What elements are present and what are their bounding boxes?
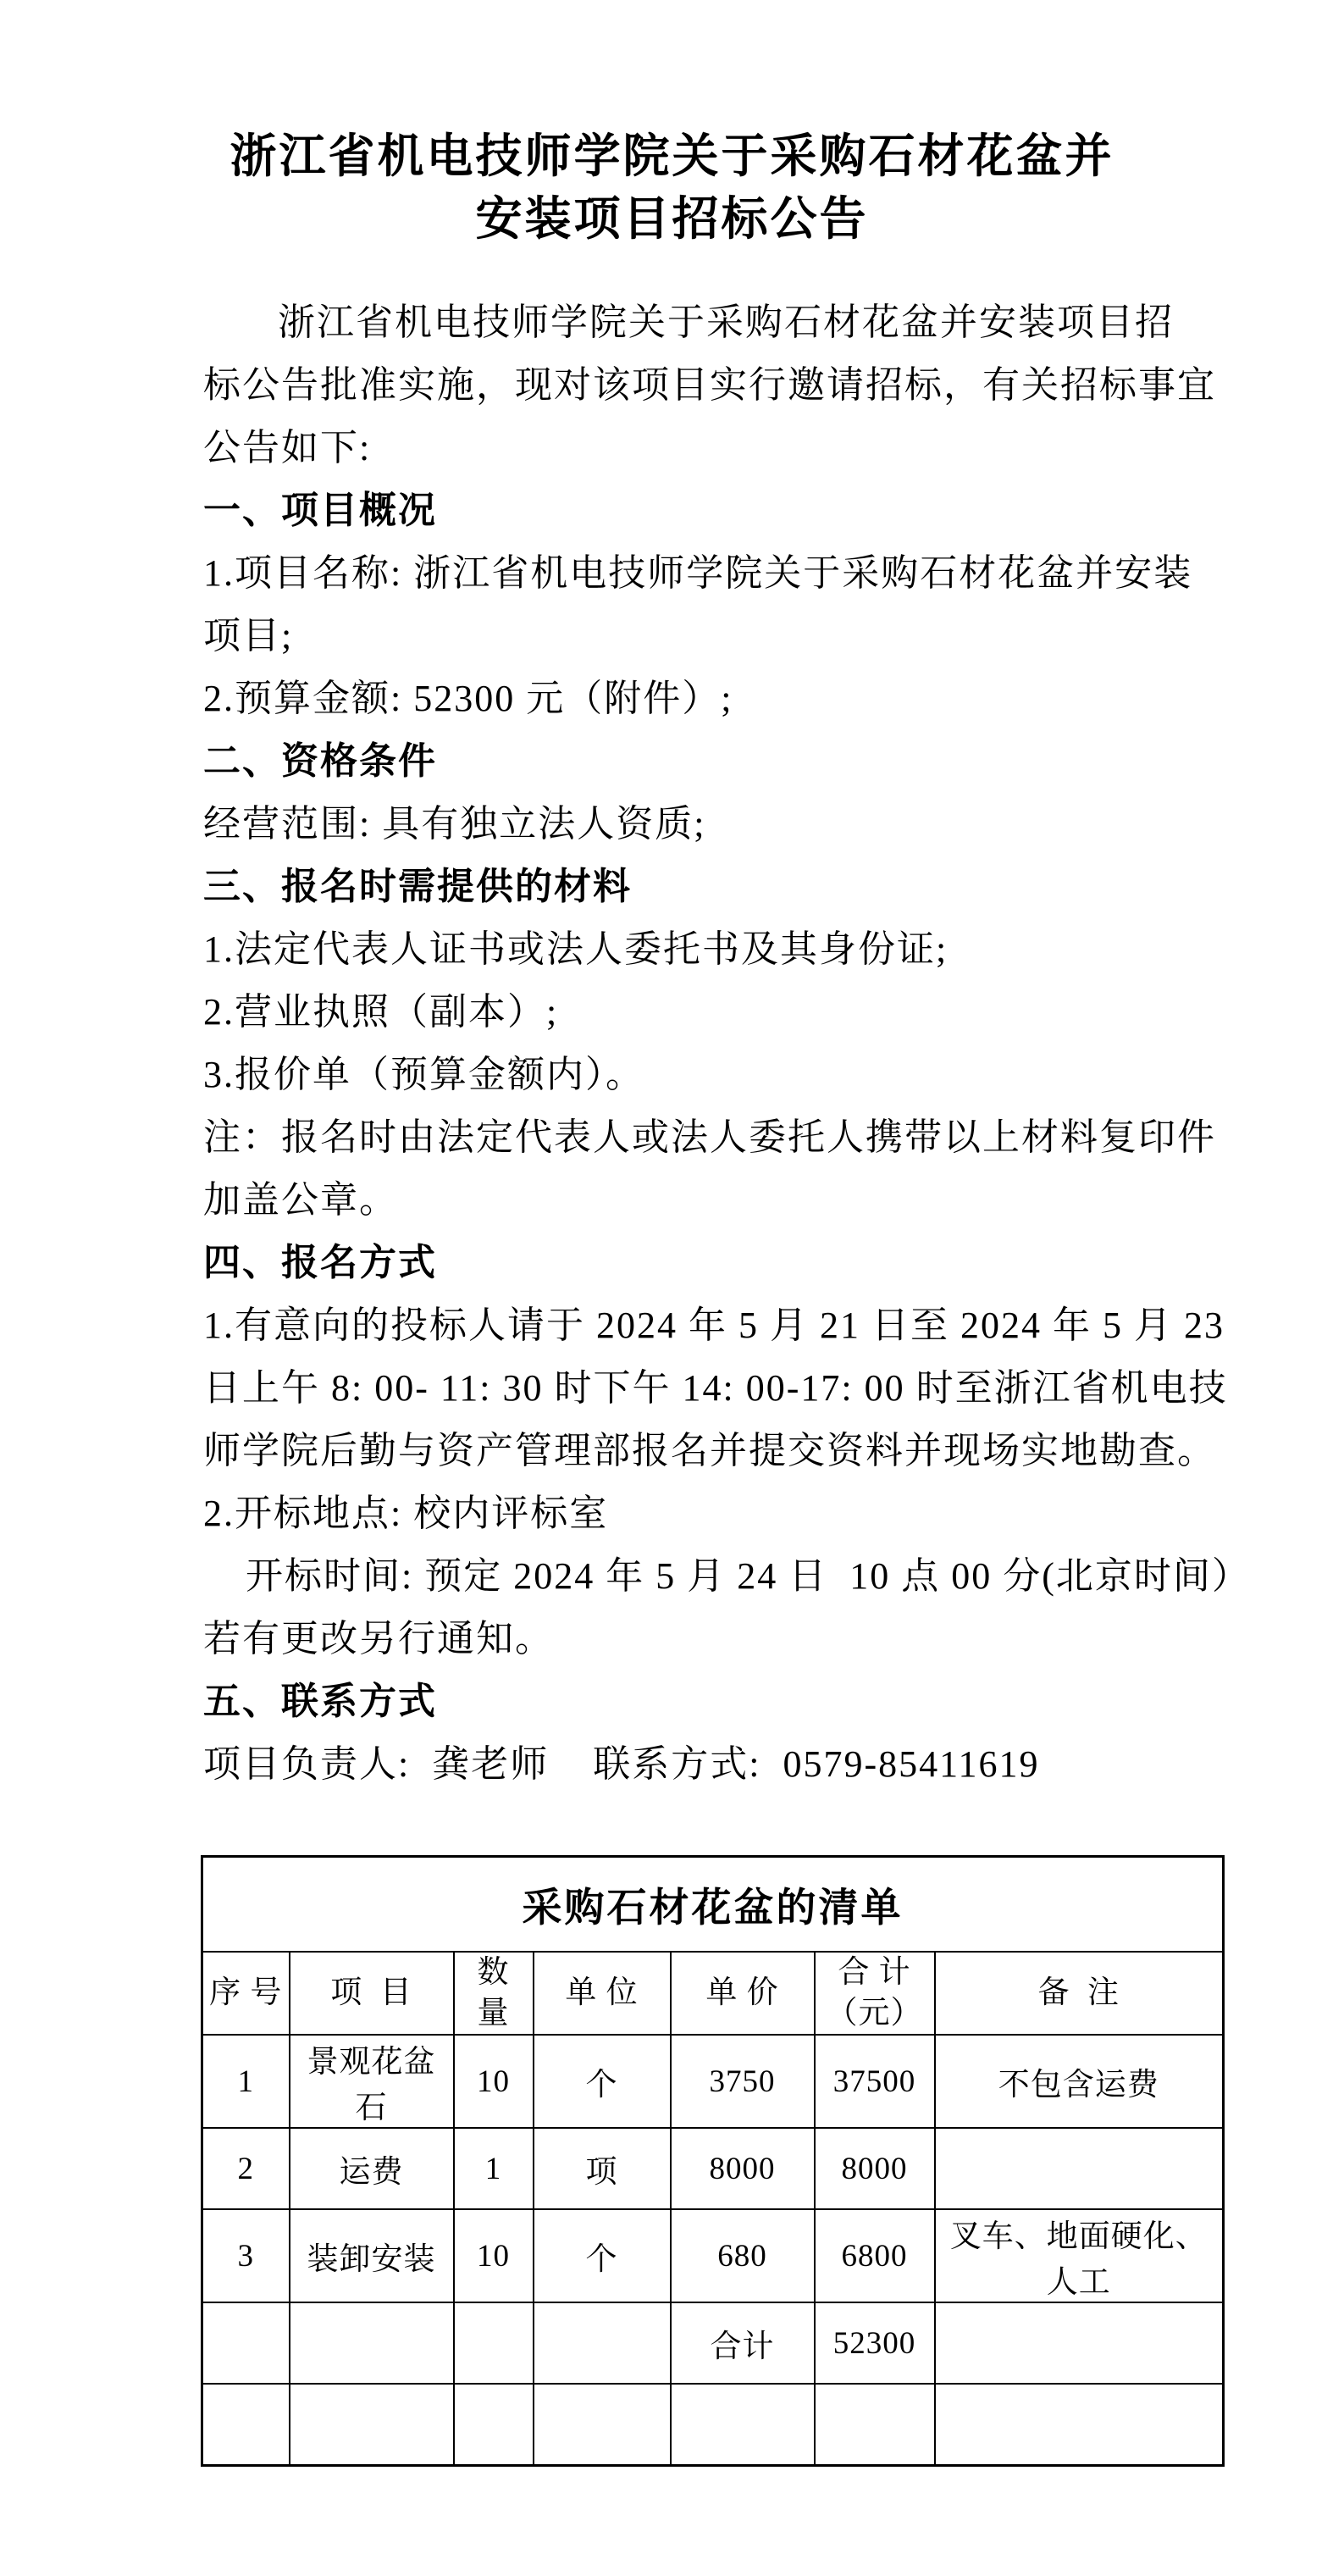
- table-cell: [454, 2384, 534, 2466]
- text-line: 1.法定代表人证书或法人委托书及其身份证;: [203, 918, 1232, 981]
- table-total-row: 合计 52300: [202, 2302, 1224, 2384]
- table-row: 2 运费 1 项 8000 8000: [202, 2128, 1224, 2209]
- table-cell: [454, 2302, 534, 2384]
- table-cell: 项: [534, 2128, 671, 2209]
- header-cell-item: 项 目: [290, 1952, 454, 2035]
- procurement-table: 采购石材花盆的清单 序 号 项 目 数 量 单 位 单 价 合 计 （元） 备 …: [201, 1855, 1225, 2467]
- table-cell: 不包含运费: [935, 2035, 1224, 2128]
- table-cell: [671, 2384, 815, 2466]
- table-cell: 680: [671, 2209, 815, 2302]
- table-cell: 8000: [671, 2128, 815, 2209]
- table-cell: 6800: [815, 2209, 935, 2302]
- text-line: 注：报名时由法定代表人或法人委托人携带以上材料复印件: [203, 1106, 1232, 1169]
- table-cell: [534, 2384, 671, 2466]
- text-line: 日上午 8: 00- 11: 30 时下午 14: 00-17: 00 时至浙江…: [203, 1357, 1232, 1420]
- table-row: 1 景观花盆石 10 个 3750 37500 不包含运费: [202, 2035, 1224, 2128]
- text-line: 2.营业执照（副本）;: [203, 981, 1232, 1044]
- contact-line: 项目负责人: 龚老师 联系方式: 0579-85411619: [203, 1733, 1232, 1796]
- text-line: 公告如下:: [203, 417, 1232, 479]
- table-header-row: 序 号 项 目 数 量 单 位 单 价 合 计 （元） 备 注: [202, 1952, 1224, 2035]
- document-body: 浙江省机电技师学院关于采购石材花盆并安装项目招 标公告批准实施，现对该项目实行邀…: [203, 291, 1232, 1796]
- text-line: 开标时间: 预定 2024 年 5 月 24 日 10 点 00 分(北京时间）: [203, 1545, 1232, 1608]
- table-cell: 37500: [815, 2035, 935, 2128]
- text-line: 3.报价单（预算金额内）。: [203, 1044, 1232, 1106]
- table-cell: [202, 2384, 290, 2466]
- table-title: 采购石材花盆的清单: [202, 1857, 1224, 1953]
- procurement-list-table: 采购石材花盆的清单 序 号 项 目 数 量 单 位 单 价 合 计 （元） 备 …: [201, 1855, 1225, 2467]
- text-line: 若有更改另行通知。: [203, 1608, 1232, 1670]
- table-cell: 8000: [815, 2128, 935, 2209]
- table-row: 3 装卸安装 10 个 680 6800 叉车、地面硬化、人工: [202, 2209, 1224, 2302]
- total-label-cell: 合计: [671, 2302, 815, 2384]
- table-empty-row: [202, 2384, 1224, 2466]
- table-cell: 景观花盆石: [290, 2035, 454, 2128]
- text-line: 1.有意向的投标人请于 2024 年 5 月 21 日至 2024 年 5 月 …: [203, 1294, 1232, 1357]
- section-heading-4: 四、报名方式: [203, 1232, 1232, 1294]
- text-line: 项目;: [203, 605, 1232, 668]
- text-line: 2.开标地点: 校内评标室: [203, 1482, 1232, 1545]
- table-cell: [290, 2384, 454, 2466]
- table-cell: 叉车、地面硬化、人工: [935, 2209, 1224, 2302]
- document-title-line-2: 安装项目招标公告: [0, 188, 1344, 251]
- header-cell-remark: 备 注: [935, 1952, 1224, 2035]
- table-cell: [935, 2384, 1224, 2466]
- header-cell-index: 序 号: [202, 1952, 290, 2035]
- table-cell: 3750: [671, 2035, 815, 2128]
- table-cell: 运费: [290, 2128, 454, 2209]
- table-cell: 1: [202, 2035, 290, 2128]
- header-cell-price: 单 价: [671, 1952, 815, 2035]
- table-cell: 2: [202, 2128, 290, 2209]
- table-cell: [935, 2302, 1224, 2384]
- table-cell: [534, 2302, 671, 2384]
- document-title: 浙江省机电技师学院关于采购石材花盆并 安装项目招标公告: [0, 125, 1344, 251]
- text-line: 2.预算金额: 52300 元（附件）;: [203, 668, 1232, 730]
- table-cell: [935, 2128, 1224, 2209]
- table-cell: 装卸安装: [290, 2209, 454, 2302]
- table-cell: 个: [534, 2035, 671, 2128]
- text-line: 师学院后勤与资产管理部报名并提交资料并现场实地勘查。: [203, 1420, 1232, 1482]
- table-cell: 个: [534, 2209, 671, 2302]
- section-heading-2: 二、资格条件: [203, 730, 1232, 793]
- table-cell: 10: [454, 2035, 534, 2128]
- text-line: 标公告批准实施，现对该项目实行邀请招标，有关招标事宜: [203, 354, 1232, 417]
- section-heading-1: 一、项目概况: [203, 479, 1232, 542]
- section-heading-5: 五、联系方式: [203, 1670, 1232, 1733]
- header-cell-quantity: 数 量: [454, 1952, 534, 2035]
- table-cell: [290, 2302, 454, 2384]
- section-heading-3: 三、报名时需提供的材料: [203, 856, 1232, 918]
- header-cell-unit: 单 位: [534, 1952, 671, 2035]
- document-title-line-1: 浙江省机电技师学院关于采购石材花盆并: [0, 125, 1344, 188]
- table-cell: 10: [454, 2209, 534, 2302]
- text-line: 加盖公章。: [203, 1169, 1232, 1232]
- text-line: 经营范围: 具有独立法人资质;: [203, 793, 1232, 856]
- table-cell: [815, 2384, 935, 2466]
- document-page: 浙江省机电技师学院关于采购石材花盆并 安装项目招标公告 浙江省机电技师学院关于采…: [0, 0, 1344, 2576]
- total-value-cell: 52300: [815, 2302, 935, 2384]
- table-cell: 3: [202, 2209, 290, 2302]
- text-line: 1.项目名称: 浙江省机电技师学院关于采购石材花盆并安装: [203, 542, 1232, 605]
- table-title-row: 采购石材花盆的清单: [202, 1857, 1224, 1953]
- header-cell-subtotal: 合 计 （元）: [815, 1952, 935, 2035]
- text-line: 浙江省机电技师学院关于采购石材花盆并安装项目招: [203, 291, 1232, 354]
- table-cell: 1: [454, 2128, 534, 2209]
- table-cell: [202, 2302, 290, 2384]
